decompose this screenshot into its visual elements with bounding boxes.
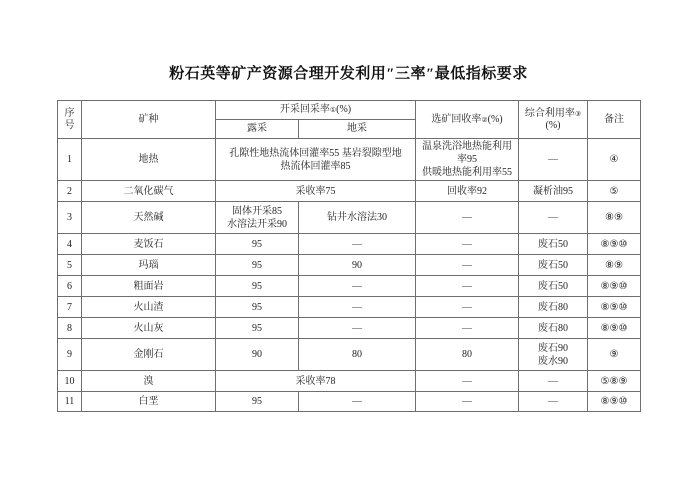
cell-mineral: 麦饭石	[82, 234, 216, 255]
document-page: 粉石英等矿产资源合理开发利用″三率″最低指标要求 序号 矿种 开采回采率①(%)…	[0, 0, 697, 83]
cell-utilization: —	[519, 392, 588, 412]
table-row: 2二氧化碳气采收率75回收率92凝析油95⑤	[58, 181, 641, 202]
header-beneficiation-recovery: 选矿回收率②(%)	[416, 101, 519, 139]
cell-mineral: 天然碱	[82, 202, 216, 234]
cell-beneficiation: —	[416, 276, 519, 297]
cell-index: 5	[58, 255, 82, 276]
header-remarks: 备注	[588, 101, 641, 139]
header-comprehensive-utilization: 综合利用率③(%)	[519, 101, 588, 139]
table-row: 1地热孔隙性地热流体回灌率55 基岩裂隙型地 热流体回灌率85温泉洗浴地热能利用…	[58, 139, 641, 181]
header-underground: 地采	[299, 120, 416, 139]
header-mining-recovery-unit: (%)	[336, 104, 351, 115]
table-row: 6粗面岩95——废石50⑧⑨⑩	[58, 276, 641, 297]
cell-mineral: 粗面岩	[82, 276, 216, 297]
cell-open-pit: 固体开采85 水溶法开采90	[216, 202, 299, 234]
header-utilization-unit: (%)	[546, 120, 561, 131]
cell-open-pit: 95	[216, 318, 299, 339]
cell-mineral: 火山渣	[82, 297, 216, 318]
header-beneficiation-unit: (%)	[488, 114, 503, 125]
cell-beneficiation: 80	[416, 339, 519, 371]
cell-beneficiation: 回收率92	[416, 181, 519, 202]
cell-utilization: 废石80	[519, 297, 588, 318]
cell-beneficiation: —	[416, 234, 519, 255]
header-mineral: 矿种	[82, 101, 216, 139]
cell-mining-merged: 采收率78	[216, 371, 416, 392]
cell-mineral: 玛瑙	[82, 255, 216, 276]
cell-remarks: ④	[588, 139, 641, 181]
cell-mineral: 金刚石	[82, 339, 216, 371]
cell-open-pit: 95	[216, 255, 299, 276]
cell-index: 11	[58, 392, 82, 412]
cell-utilization: 废石80	[519, 318, 588, 339]
cell-utilization: —	[519, 139, 588, 181]
table-row: 5玛瑙9590—废石50⑧⑨	[58, 255, 641, 276]
cell-remarks: ⑧⑨⑩	[588, 234, 641, 255]
cell-underground: 90	[299, 255, 416, 276]
cell-index: 1	[58, 139, 82, 181]
cell-beneficiation: —	[416, 318, 519, 339]
cell-utilization: 废石90 废水90	[519, 339, 588, 371]
cell-index: 2	[58, 181, 82, 202]
cell-beneficiation: —	[416, 297, 519, 318]
cell-utilization: 凝析油95	[519, 181, 588, 202]
cell-underground: 钻井水溶法30	[299, 202, 416, 234]
table-header: 序号 矿种 开采回采率①(%) 选矿回收率②(%) 综合利用率③(%) 备注 露…	[58, 101, 641, 139]
cell-open-pit: 95	[216, 276, 299, 297]
cell-open-pit: 95	[216, 392, 299, 412]
cell-remarks: ⑤⑧⑨	[588, 371, 641, 392]
indicators-table-container: 序号 矿种 开采回采率①(%) 选矿回收率②(%) 综合利用率③(%) 备注 露…	[57, 100, 641, 412]
cell-remarks: ⑧⑨	[588, 255, 641, 276]
cell-mining-merged: 采收率75	[216, 181, 416, 202]
cell-mineral: 白垩	[82, 392, 216, 412]
cell-utilization: —	[519, 371, 588, 392]
table-row: 9金刚石908080废石90 废水90⑨	[58, 339, 641, 371]
cell-utilization: —	[519, 202, 588, 234]
cell-remarks: ⑧⑨⑩	[588, 276, 641, 297]
cell-index: 4	[58, 234, 82, 255]
cell-index: 10	[58, 371, 82, 392]
cell-open-pit: 95	[216, 297, 299, 318]
cell-remarks: ⑧⑨⑩	[588, 318, 641, 339]
cell-open-pit: 95	[216, 234, 299, 255]
page-title: 粉石英等矿产资源合理开发利用″三率″最低指标要求	[0, 0, 697, 83]
cell-remarks: ⑧⑨	[588, 202, 641, 234]
cell-mining-merged: 孔隙性地热流体回灌率55 基岩裂隙型地 热流体回灌率85	[216, 139, 416, 181]
table-row: 4麦饭石95——废石50⑧⑨⑩	[58, 234, 641, 255]
indicators-table: 序号 矿种 开采回采率①(%) 选矿回收率②(%) 综合利用率③(%) 备注 露…	[57, 100, 641, 412]
header-mining-recovery-label: 开采回采率	[280, 104, 330, 115]
cell-remarks: ⑤	[588, 181, 641, 202]
cell-mineral: 地热	[82, 139, 216, 181]
cell-index: 3	[58, 202, 82, 234]
cell-utilization: 废石50	[519, 234, 588, 255]
table-row: 11白垩95———⑧⑨⑩	[58, 392, 641, 412]
cell-index: 8	[58, 318, 82, 339]
cell-beneficiation: —	[416, 255, 519, 276]
cell-underground: —	[299, 276, 416, 297]
table-row: 8火山灰95——废石80⑧⑨⑩	[58, 318, 641, 339]
cell-mineral: 溴	[82, 371, 216, 392]
header-index: 序号	[58, 101, 82, 139]
cell-utilization: 废石50	[519, 276, 588, 297]
header-utilization-label: 综合利用率	[525, 108, 575, 119]
footnote-mark-3: ③	[575, 110, 581, 118]
header-mining-recovery: 开采回采率①(%)	[216, 101, 416, 120]
table-row: 7火山渣95——废石80⑧⑨⑩	[58, 297, 641, 318]
cell-index: 9	[58, 339, 82, 371]
cell-underground: 80	[299, 339, 416, 371]
cell-underground: —	[299, 297, 416, 318]
table-body: 1地热孔隙性地热流体回灌率55 基岩裂隙型地 热流体回灌率85温泉洗浴地热能利用…	[58, 139, 641, 412]
cell-underground: —	[299, 234, 416, 255]
cell-remarks: ⑧⑨⑩	[588, 392, 641, 412]
header-open-pit: 露采	[216, 120, 299, 139]
cell-beneficiation: —	[416, 202, 519, 234]
cell-open-pit: 90	[216, 339, 299, 371]
table-row: 10溴采收率78——⑤⑧⑨	[58, 371, 641, 392]
cell-beneficiation: 温泉洗浴地热能利用率95 供暖地热能利用率55	[416, 139, 519, 181]
header-beneficiation-label: 选矿回收率	[431, 114, 481, 125]
cell-underground: —	[299, 392, 416, 412]
cell-mineral: 火山灰	[82, 318, 216, 339]
cell-index: 7	[58, 297, 82, 318]
cell-remarks: ⑨	[588, 339, 641, 371]
cell-mineral: 二氧化碳气	[82, 181, 216, 202]
cell-underground: —	[299, 318, 416, 339]
cell-utilization: 废石50	[519, 255, 588, 276]
cell-remarks: ⑧⑨⑩	[588, 297, 641, 318]
cell-beneficiation: —	[416, 371, 519, 392]
cell-index: 6	[58, 276, 82, 297]
cell-beneficiation: —	[416, 392, 519, 412]
table-row: 3天然碱固体开采85 水溶法开采90钻井水溶法30——⑧⑨	[58, 202, 641, 234]
